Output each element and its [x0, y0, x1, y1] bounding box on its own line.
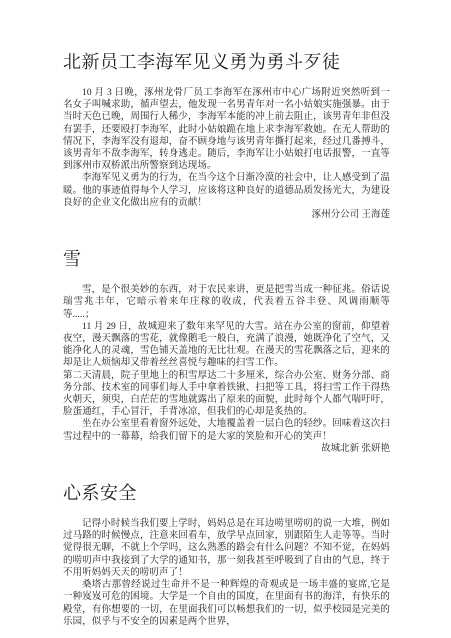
article-body: 10 月 3 日晚，涿州龙骨厂员工李海军在涿州市中心广场附近突然听到一名女子叫喊… — [63, 87, 390, 209]
article-paragraph: 坐在办公室里看着窗外远处，大地覆盖着一层白色的轻纱。回味着这次扫雪过程中的一幕幕… — [63, 418, 390, 442]
article-signature: 涿州分公司 王海莲 — [63, 209, 390, 221]
article-paragraph: 记得小时候当我们要上学时，妈妈总是在耳边唠里唠叨的说一大堆，例如过马路的时候慢点… — [63, 518, 390, 579]
article-paragraph: 10 月 3 日晚，涿州龙骨厂员工李海军在涿州市中心广场附近突然听到一名女子叫喊… — [63, 87, 390, 172]
article-paragraph: 李海军见义勇为的行为，在当今这个日渐冷漠的社会中，让人感受到了温暖。他的事迹值得… — [63, 172, 390, 209]
article-title: 雪 — [63, 247, 390, 271]
article-body: 雪，是个很美妙的东西，对于农民来讲，更是把雪当成一种征兆。俗话说 瑞雪兆丰年，它… — [63, 284, 390, 443]
article-paragraph: 11 月 29 日，故城迎来了数年来罕见的大雪。站在办公室的窗前，仰望着夜空，漫… — [63, 321, 390, 370]
document-page: 北新员工李海军见义勇为勇斗歹徒 10 月 3 日晚，涿州龙骨厂员工李海军在涿州市… — [0, 0, 451, 638]
article-paragraph: 第二天清晨，院子里地上的积雪厚达二十多厘米，综合办公室、财务分部、商务分部、技术… — [63, 370, 390, 419]
article-signature: 故城北新 张妍艳 — [63, 443, 390, 455]
article-paragraph: 桑塔古那曾经说过生命并不是一种辉煌的奇观或是一场丰盛的宴席,它是一种岌岌可危的困… — [63, 579, 390, 628]
article-hero-deed: 北新员工李海军见义勇为勇斗歹徒 10 月 3 日晚，涿州龙骨厂员工李海军在涿州市… — [63, 50, 390, 221]
article-safety: 心系安全 记得小时候当我们要上学时，妈妈总是在耳边唠里唠叨的说一大堆，例如过马路… — [63, 481, 390, 628]
article-title: 心系安全 — [63, 481, 390, 505]
article-paragraph: 雪，是个很美妙的东西，对于农民来讲，更是把雪当成一种征兆。俗话说 瑞雪兆丰年，它… — [63, 284, 390, 321]
article-body: 记得小时候当我们要上学时，妈妈总是在耳边唠里唠叨的说一大堆，例如过马路的时候慢点… — [63, 518, 390, 628]
article-title: 北新员工李海军见义勇为勇斗歹徒 — [63, 50, 390, 74]
article-snow: 雪 雪，是个很美妙的东西，对于农民来讲，更是把雪当成一种征兆。俗话说 瑞雪兆丰年… — [63, 247, 390, 455]
